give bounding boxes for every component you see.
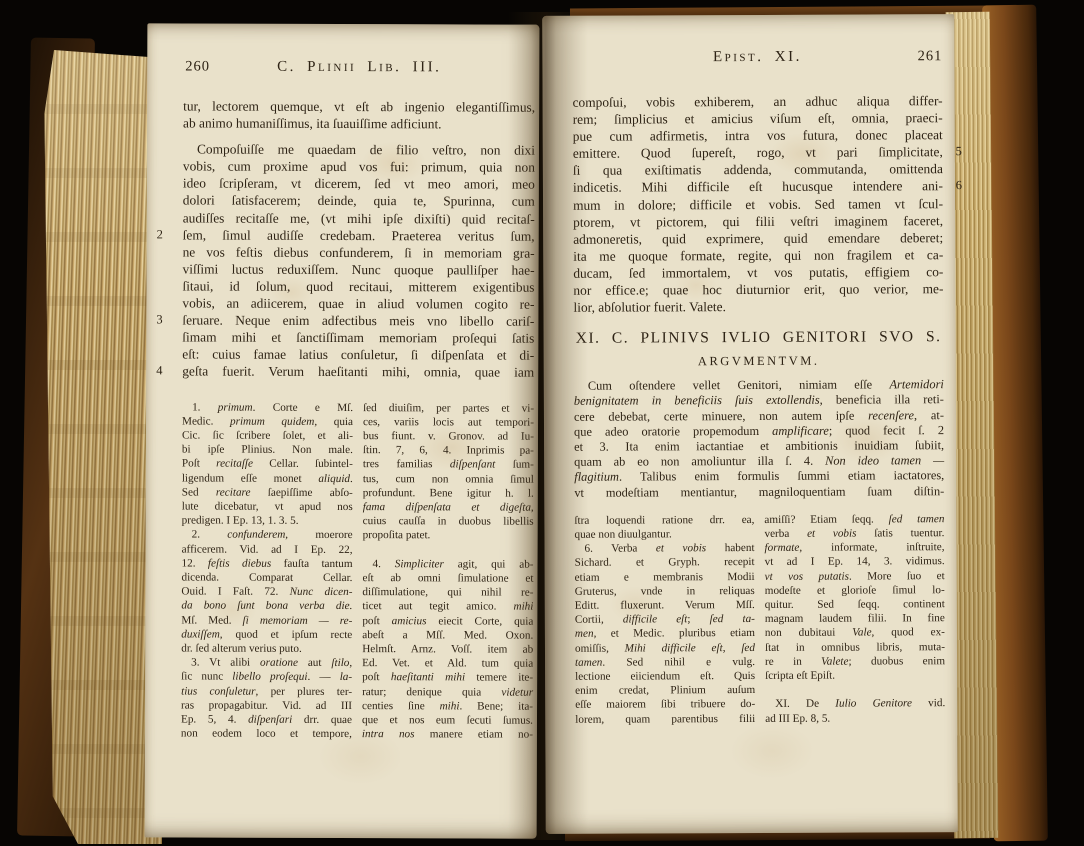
text-line: Cic. ſic ſcribere ſolet, et ali-	[182, 428, 353, 443]
text-line: eſſe maiorem ſibi tribuere do-	[575, 697, 755, 712]
text-line: ptorem, vt pictorem, qui filii veſtri im…	[573, 212, 943, 231]
right-footnotes: ſtra loquendi ratione drr. ea,quae non d…	[574, 512, 945, 727]
text-line: ita me quoque formate, regite, qui non f…	[573, 246, 943, 265]
text-line: Poſt recitaſſe Cellar. ſubintel-	[182, 457, 353, 472]
text-line: formate, informate, inſtruite,	[765, 540, 945, 555]
text-line: ſimam mihi et ſanctiſſimam memoriam proſ…	[182, 329, 534, 347]
text-line: men, et Medic. pluribus etiam	[575, 626, 755, 641]
text-line: 2ſem, ſimul audiſſe credebam. Praeterea …	[183, 226, 535, 244]
left-footnotes-column-1: 1. primum. Corte e Mſ.Medic. primum quid…	[181, 400, 353, 741]
text-line: tamen. Sed nihil e vulg.	[575, 655, 755, 670]
text-line: Sed recitare ſaepiſſime abſo-	[182, 485, 353, 500]
left-page: 260 C. Plinii Lib. III. tur, lectorem qu…	[145, 23, 540, 838]
text-line: dolori ſatisfacerem; deinde, quia te, Sp…	[183, 192, 535, 210]
text-line: non eodem loco et tempore,	[181, 727, 352, 742]
text-line: ne vos feſtis diebus confunderem, ſi in …	[183, 243, 535, 261]
text-line: ſi qua exiſtimatis addenda, commutanda, …	[573, 161, 943, 180]
text-line: 4. Simpliciter agit, qui ab-	[363, 557, 534, 572]
text-line: omiſſis, Mihi difficile eſt, ſed	[575, 641, 755, 656]
text-line: Helmſt. Arnz. Voſſ. item ab	[362, 642, 533, 657]
left-body-paragraph-1: tur, lectorem quemque, vt eſt ab ingenio…	[183, 97, 535, 132]
text-line: quae non diuulgantur.	[574, 527, 754, 542]
text-line: ab animo humaniſſimus, ita ſuauiſſime ad…	[183, 115, 535, 133]
text-line: profundunt. Bene igitur h. l.	[363, 486, 534, 501]
text-line: centies ſine mihi. Bene; ita-	[362, 699, 533, 714]
margin-section-number: 6	[956, 178, 962, 195]
text-line: 1. primum. Corte e Mſ.	[182, 400, 353, 415]
text-line: ideo ſcripſeram, vt dicerem, ſed vt meo …	[183, 175, 535, 193]
text-line: ſtin. 7, 6, 4. Inprimis pa-	[363, 443, 534, 458]
left-footnotes-column-2: ſed diuiſim, per partes et vi-ces, varii…	[362, 401, 534, 742]
text-line: mum in dolore; difficile et vobis. Sed t…	[573, 195, 943, 214]
text-line: ligendum eſſe monet aliquid.	[182, 471, 353, 486]
text-line: lectione eiiciendum eſt. Quis	[575, 669, 755, 684]
text-line: dr. ſed alterum verius puto.	[181, 641, 352, 656]
text-line: Compoſuiſſe me quaedam de filio veſtro, …	[183, 141, 535, 159]
text-line: ſed diuiſim, per partes et vi-	[363, 401, 534, 416]
text-line: propoſita patet.	[363, 528, 534, 543]
left-footnotes: 1. primum. Corte e Mſ.Medic. primum quid…	[181, 400, 534, 742]
text-line: ratur; denique quia videtur	[362, 685, 533, 700]
blank-line	[363, 543, 534, 558]
text-line: etiam e membranis Modii	[575, 570, 755, 585]
text-line: Gruterus, vnde in reliquas	[575, 584, 755, 599]
text-line: verba et vobis ſatis tuentur.	[764, 526, 944, 541]
text-line: eſt: cuius famae latius conſuletur, ſi d…	[182, 346, 534, 364]
left-page-number: 260	[185, 58, 210, 75]
text-line: duxiſſem, quod et ipſum recte	[181, 627, 352, 642]
text-line: rem; ſimplicius et amicius viſum eſt, om…	[573, 109, 943, 128]
text-line: ducam, ſed immortalem, vt vos putatis, e…	[573, 263, 943, 282]
text-line: nor effice.e; quae hoc diuturnior erit, …	[573, 280, 943, 299]
text-line: 5emittere. Quod ſupereſt, rogo, vt pari …	[573, 143, 943, 162]
text-line: Sichard. et Gryph. recepit	[575, 555, 755, 570]
text-line: modeſte et glorioſe ſimul lo-	[765, 583, 945, 598]
text-line: ſcripta eſt Epiſt.	[765, 668, 945, 683]
text-line: XI. De Iulio Genitore vid.	[765, 697, 945, 712]
open-book-photo: 260 C. Plinii Lib. III. tur, lectorem qu…	[0, 0, 1084, 846]
text-line: cere debebat, certe minuere, non autem i…	[574, 408, 944, 425]
text-line: ſitaui, id ſolum, quod recitaui, mittere…	[182, 277, 534, 295]
text-line: lute dicebatur, vt apud nos	[182, 499, 353, 514]
text-line: ſtat in omnibus libris, muta-	[765, 640, 945, 655]
text-line: Ed. Vet. et Ald. tum quia	[362, 656, 533, 671]
text-line: pue cum adfirmetis, intra vos futura, do…	[573, 126, 943, 145]
argumentum-text: Cum oſtendere vellet Genitori, nimiam eſ…	[574, 377, 945, 500]
text-line: viſſimi luctus reduxiſſem. Nunc quoque p…	[183, 260, 535, 278]
right-footnotes-column-2: amiſſi? Etiam ſeqq. ſed tamenverba et vo…	[764, 512, 945, 726]
text-line: que adeo oratorie propemodum amplificare…	[574, 423, 944, 440]
text-line: que et nos eum ſecuti ſumus.	[362, 713, 533, 728]
text-line: poſt haeſitanti mihi temere ite-	[362, 670, 533, 685]
margin-section-number: 5	[956, 143, 962, 160]
text-line: lior, abſolutior fuerit. Valete.	[573, 297, 943, 316]
text-line: dicenda. Comparat Cellar.	[181, 570, 352, 585]
text-line: vt vos putatis. More ſuo et	[765, 569, 945, 584]
text-line: Mſ. Med. ſi memoriam — re-	[181, 613, 352, 628]
right-page-content: Epist. XI. 261 compoſui, vobis exhiberem…	[572, 47, 945, 726]
text-line: benignitatem in beneficiis ſuis extollen…	[574, 393, 944, 410]
blank-line	[765, 682, 945, 697]
text-line: non dubitaui Vale, quod ex-	[765, 626, 945, 641]
text-line: diſſimulatione, qui nihil re-	[362, 585, 533, 600]
text-line: poſt amicius eiecit Corte, quia	[362, 614, 533, 629]
text-line: 6indicetis. Mihi difficile eſt hucusque …	[573, 178, 943, 197]
text-line: magnam laudem filii. In fine	[765, 611, 945, 626]
text-line: da bono ſunt bona verba die.	[181, 599, 352, 614]
text-line: tius conſuletur, per plures ter-	[181, 684, 352, 699]
right-running-title: Epist. XI.	[713, 49, 802, 65]
text-line: ad III Ep. 8, 5.	[765, 711, 945, 726]
text-line: re in Valete; duobus enim	[765, 654, 945, 669]
text-line: 3ſeruare. Neque enim adfectibus meis vno…	[182, 312, 534, 330]
text-line: admoneretis, quid exprimere, quid emenda…	[573, 229, 943, 248]
right-body-paragraph: compoſui, vobis exhiberem, an adhuc aliq…	[573, 92, 944, 316]
text-line: ſtra loquendi ratione drr. ea,	[574, 513, 754, 528]
text-line: amiſſi? Etiam ſeqq. ſed tamen	[764, 512, 944, 527]
text-line: Ep. 5, 4. diſpenſari drr. quae	[181, 712, 352, 727]
text-line: lorem, quam parentibus filii	[575, 712, 755, 727]
text-line: quam ab eo non amoliuntur illa ſ. 4. Non…	[574, 453, 944, 470]
text-line: quitur. Sed ſeqq. continent	[765, 597, 945, 612]
text-line: flagitium. Talibus enim formulis ſummi e…	[574, 469, 944, 486]
margin-section-number: 4	[156, 363, 162, 380]
text-line: Medic. primum quidem, quia	[182, 414, 353, 429]
text-line: 12. feſtis diebus fauſta tantum	[182, 556, 353, 571]
text-line: audiſſes recitaſſe me, (vt mihi ipſe dix…	[183, 209, 535, 227]
text-line: 4geſta fuerit. Verum haeſitanti mihi, om…	[182, 363, 534, 381]
text-line: vobis, an adiicerem, quae in aliud volum…	[182, 294, 534, 312]
text-line: afficerem. Vid. ad I Ep. 22,	[182, 542, 353, 557]
right-page-header: Epist. XI. 261	[572, 47, 942, 69]
text-line: Editt. fluxerunt. Verum Mſſ.	[575, 598, 755, 613]
left-running-title: C. Plinii Lib. III.	[277, 59, 441, 76]
right-footnotes-column-1: ſtra loquendi ratione drr. ea,quae non d…	[574, 513, 755, 727]
right-page: Epist. XI. 261 compoſui, vobis exhiberem…	[542, 14, 958, 834]
text-line: ces, variis locis aut tempori-	[363, 415, 534, 430]
text-line: 6. Verba et vobis habent	[575, 541, 755, 556]
text-line: Cortii, difficile eſt; ſed ta-	[575, 612, 755, 627]
text-line: Ouid. I Faſt. 72. Nunc dicen-	[181, 585, 352, 600]
text-line: vt modeſtiam mentiantur, magniloquentiam…	[574, 484, 944, 501]
text-line: tur, lectorem quemque, vt eſt ab ingenio…	[183, 97, 535, 115]
text-line: tus, cum non omnia ſimul	[363, 472, 534, 487]
text-line: bus fiunt. v. Gronov. ad Iu-	[363, 429, 534, 444]
left-page-header: 260 C. Plinii Lib. III.	[183, 57, 535, 78]
text-line: Cum oſtendere vellet Genitori, nimiam eſ…	[574, 377, 944, 394]
text-line: vt ad I Ep. 14, 3. vidimus.	[765, 555, 945, 570]
text-line: et 3. Ita enim iactantiae et ambitionis …	[574, 438, 944, 455]
text-line: bi ipſe Plinius. Non male.	[182, 443, 353, 458]
margin-section-number: 3	[156, 311, 162, 328]
argumentum-heading: ARGVMENTVM.	[574, 353, 944, 370]
left-page-content: 260 C. Plinii Lib. III. tur, lectorem qu…	[181, 57, 535, 742]
text-line: ticet aut tegit amico. mihi	[362, 599, 533, 614]
text-line: 3. Vt alibi oratione aut ſtilo,	[181, 656, 352, 671]
text-line: 2. confunderem, moerore	[182, 528, 353, 543]
text-line: ſic nunc libello proſequi. — la-	[181, 670, 352, 685]
text-line: enim credat, Plinium auſum	[575, 683, 755, 698]
text-line: ras propagabitur. Vid. ad III	[181, 698, 352, 713]
text-line: compoſui, vobis exhiberem, an adhuc aliq…	[573, 92, 943, 111]
text-line: intra nos manere etiam no-	[362, 727, 533, 742]
right-page-number: 261	[918, 48, 943, 65]
left-body-paragraph-2: Compoſuiſſe me quaedam de filio veſtro, …	[182, 141, 535, 382]
text-line: tres familias diſpenſant ſum-	[363, 457, 534, 472]
text-line: cuius cauſſa in duobus libellis	[363, 514, 534, 529]
text-line: predigen. I Ep. 13, 1. 3. 5.	[182, 514, 353, 529]
text-line: fama diſpenſata et digeſta,	[363, 500, 534, 515]
text-line: vobis, cum proxime apud vos fui: primum,…	[183, 158, 535, 176]
text-line: eſt ab omni ſimulatione et	[362, 571, 533, 586]
margin-section-number: 2	[157, 226, 163, 243]
epistle-section-heading: XI. C. PLINIVS IVLIO GENITORI SVO S.	[574, 328, 944, 348]
text-line: abeſt a Mſſ. Med. Oxon.	[362, 628, 533, 643]
